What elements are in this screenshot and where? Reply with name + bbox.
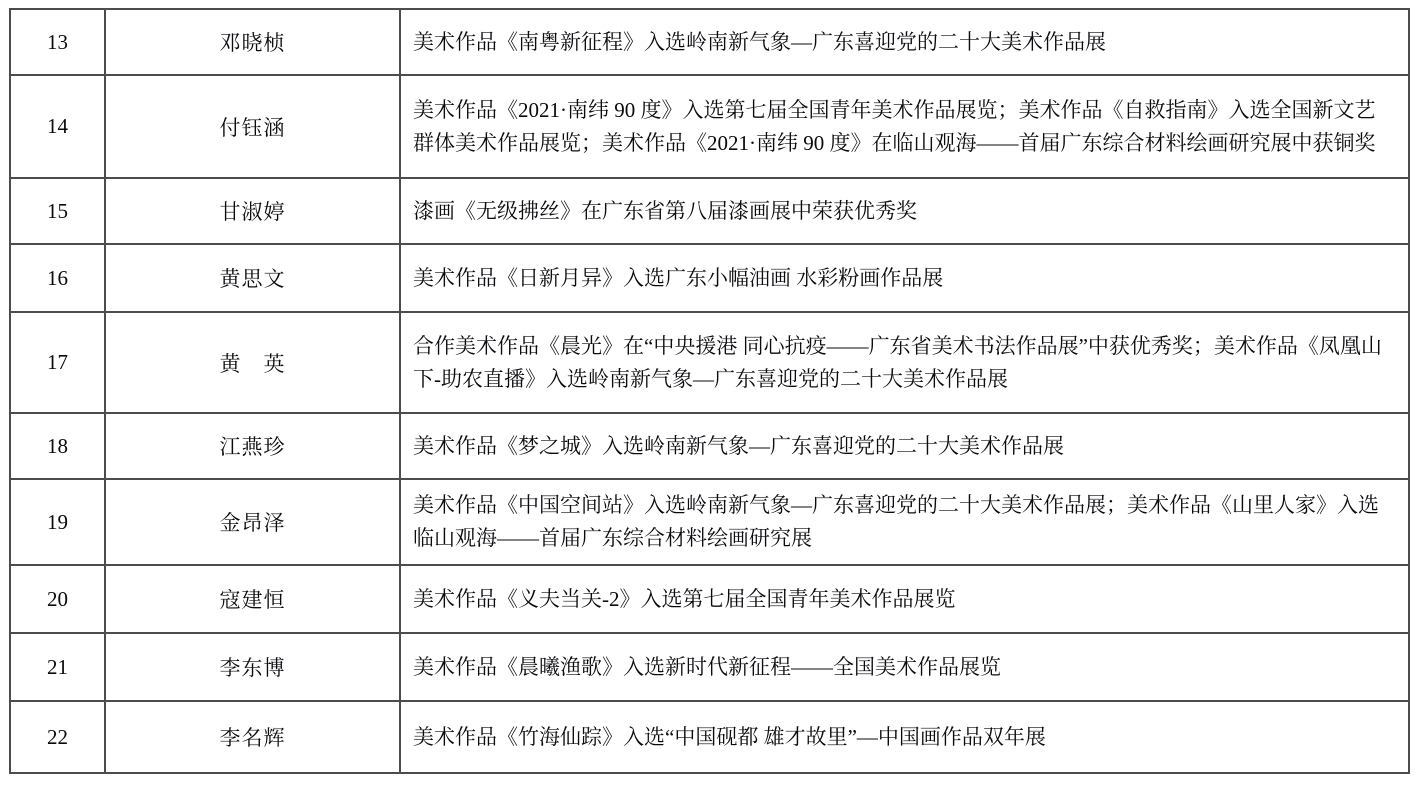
artist-name-cell: 李东博 bbox=[105, 633, 400, 701]
table-row: 16 黄思文 美术作品《日新月异》入选广东小幅油画 水彩粉画作品展 bbox=[10, 244, 1409, 312]
artist-name-cell: 金昂泽 bbox=[105, 479, 400, 565]
table-row: 15 甘淑婷 漆画《无级拂丝》在广东省第八届漆画展中荣获优秀奖 bbox=[10, 178, 1409, 244]
table-row: 20 寇建恒 美术作品《义夫当关-2》入选第七届全国青年美术作品展览 bbox=[10, 565, 1409, 633]
row-number-cell: 19 bbox=[10, 479, 105, 565]
row-number-cell: 13 bbox=[10, 9, 105, 75]
table-row: 17 黄 英 合作美术作品《晨光》在“中央援港 同心抗疫——广东省美术书法作品展… bbox=[10, 312, 1409, 413]
row-number-cell: 20 bbox=[10, 565, 105, 633]
row-number-cell: 16 bbox=[10, 244, 105, 312]
artist-name-cell: 甘淑婷 bbox=[105, 178, 400, 244]
achievement-cell: 美术作品《梦之城》入选岭南新气象—广东喜迎党的二十大美术作品展 bbox=[400, 413, 1409, 479]
row-number-cell: 17 bbox=[10, 312, 105, 413]
table-row: 13 邓晓桢 美术作品《南粤新征程》入选岭南新气象—广东喜迎党的二十大美术作品展 bbox=[10, 9, 1409, 75]
row-number-cell: 15 bbox=[10, 178, 105, 244]
artist-name-cell: 付钰涵 bbox=[105, 75, 400, 178]
achievement-cell: 美术作品《义夫当关-2》入选第七届全国青年美术作品展览 bbox=[400, 565, 1409, 633]
row-number-cell: 14 bbox=[10, 75, 105, 178]
table-row: 14 付钰涵 美术作品《2021·南纬 90 度》入选第七届全国青年美术作品展览… bbox=[10, 75, 1409, 178]
achievement-cell: 美术作品《晨曦渔歌》入选新时代新征程——全国美术作品展览 bbox=[400, 633, 1409, 701]
artist-name-cell: 江燕珍 bbox=[105, 413, 400, 479]
artist-name-cell: 寇建恒 bbox=[105, 565, 400, 633]
artist-awards-table: 13 邓晓桢 美术作品《南粤新征程》入选岭南新气象—广东喜迎党的二十大美术作品展… bbox=[9, 8, 1410, 774]
table-row: 18 江燕珍 美术作品《梦之城》入选岭南新气象—广东喜迎党的二十大美术作品展 bbox=[10, 413, 1409, 479]
row-number-cell: 22 bbox=[10, 701, 105, 773]
achievement-cell: 美术作品《竹海仙踪》入选“中国砚都 雄才故里”—中国画作品双年展 bbox=[400, 701, 1409, 773]
artist-name-cell: 李名辉 bbox=[105, 701, 400, 773]
table-row: 19 金昂泽 美术作品《中国空间站》入选岭南新气象—广东喜迎党的二十大美术作品展… bbox=[10, 479, 1409, 565]
table-row: 22 李名辉 美术作品《竹海仙踪》入选“中国砚都 雄才故里”—中国画作品双年展 bbox=[10, 701, 1409, 773]
achievement-cell: 美术作品《2021·南纬 90 度》入选第七届全国青年美术作品展览；美术作品《自… bbox=[400, 75, 1409, 178]
achievement-cell: 美术作品《南粤新征程》入选岭南新气象—广东喜迎党的二十大美术作品展 bbox=[400, 9, 1409, 75]
table-row: 21 李东博 美术作品《晨曦渔歌》入选新时代新征程——全国美术作品展览 bbox=[10, 633, 1409, 701]
achievement-cell: 漆画《无级拂丝》在广东省第八届漆画展中荣获优秀奖 bbox=[400, 178, 1409, 244]
artist-name-cell: 邓晓桢 bbox=[105, 9, 400, 75]
achievement-cell: 合作美术作品《晨光》在“中央援港 同心抗疫——广东省美术书法作品展”中获优秀奖；… bbox=[400, 312, 1409, 413]
row-number-cell: 18 bbox=[10, 413, 105, 479]
achievement-cell: 美术作品《中国空间站》入选岭南新气象—广东喜迎党的二十大美术作品展；美术作品《山… bbox=[400, 479, 1409, 565]
artist-name-cell: 黄思文 bbox=[105, 244, 400, 312]
row-number-cell: 21 bbox=[10, 633, 105, 701]
achievement-cell: 美术作品《日新月异》入选广东小幅油画 水彩粉画作品展 bbox=[400, 244, 1409, 312]
document-page: 13 邓晓桢 美术作品《南粤新征程》入选岭南新气象—广东喜迎党的二十大美术作品展… bbox=[0, 0, 1417, 799]
artist-name-cell: 黄 英 bbox=[105, 312, 400, 413]
